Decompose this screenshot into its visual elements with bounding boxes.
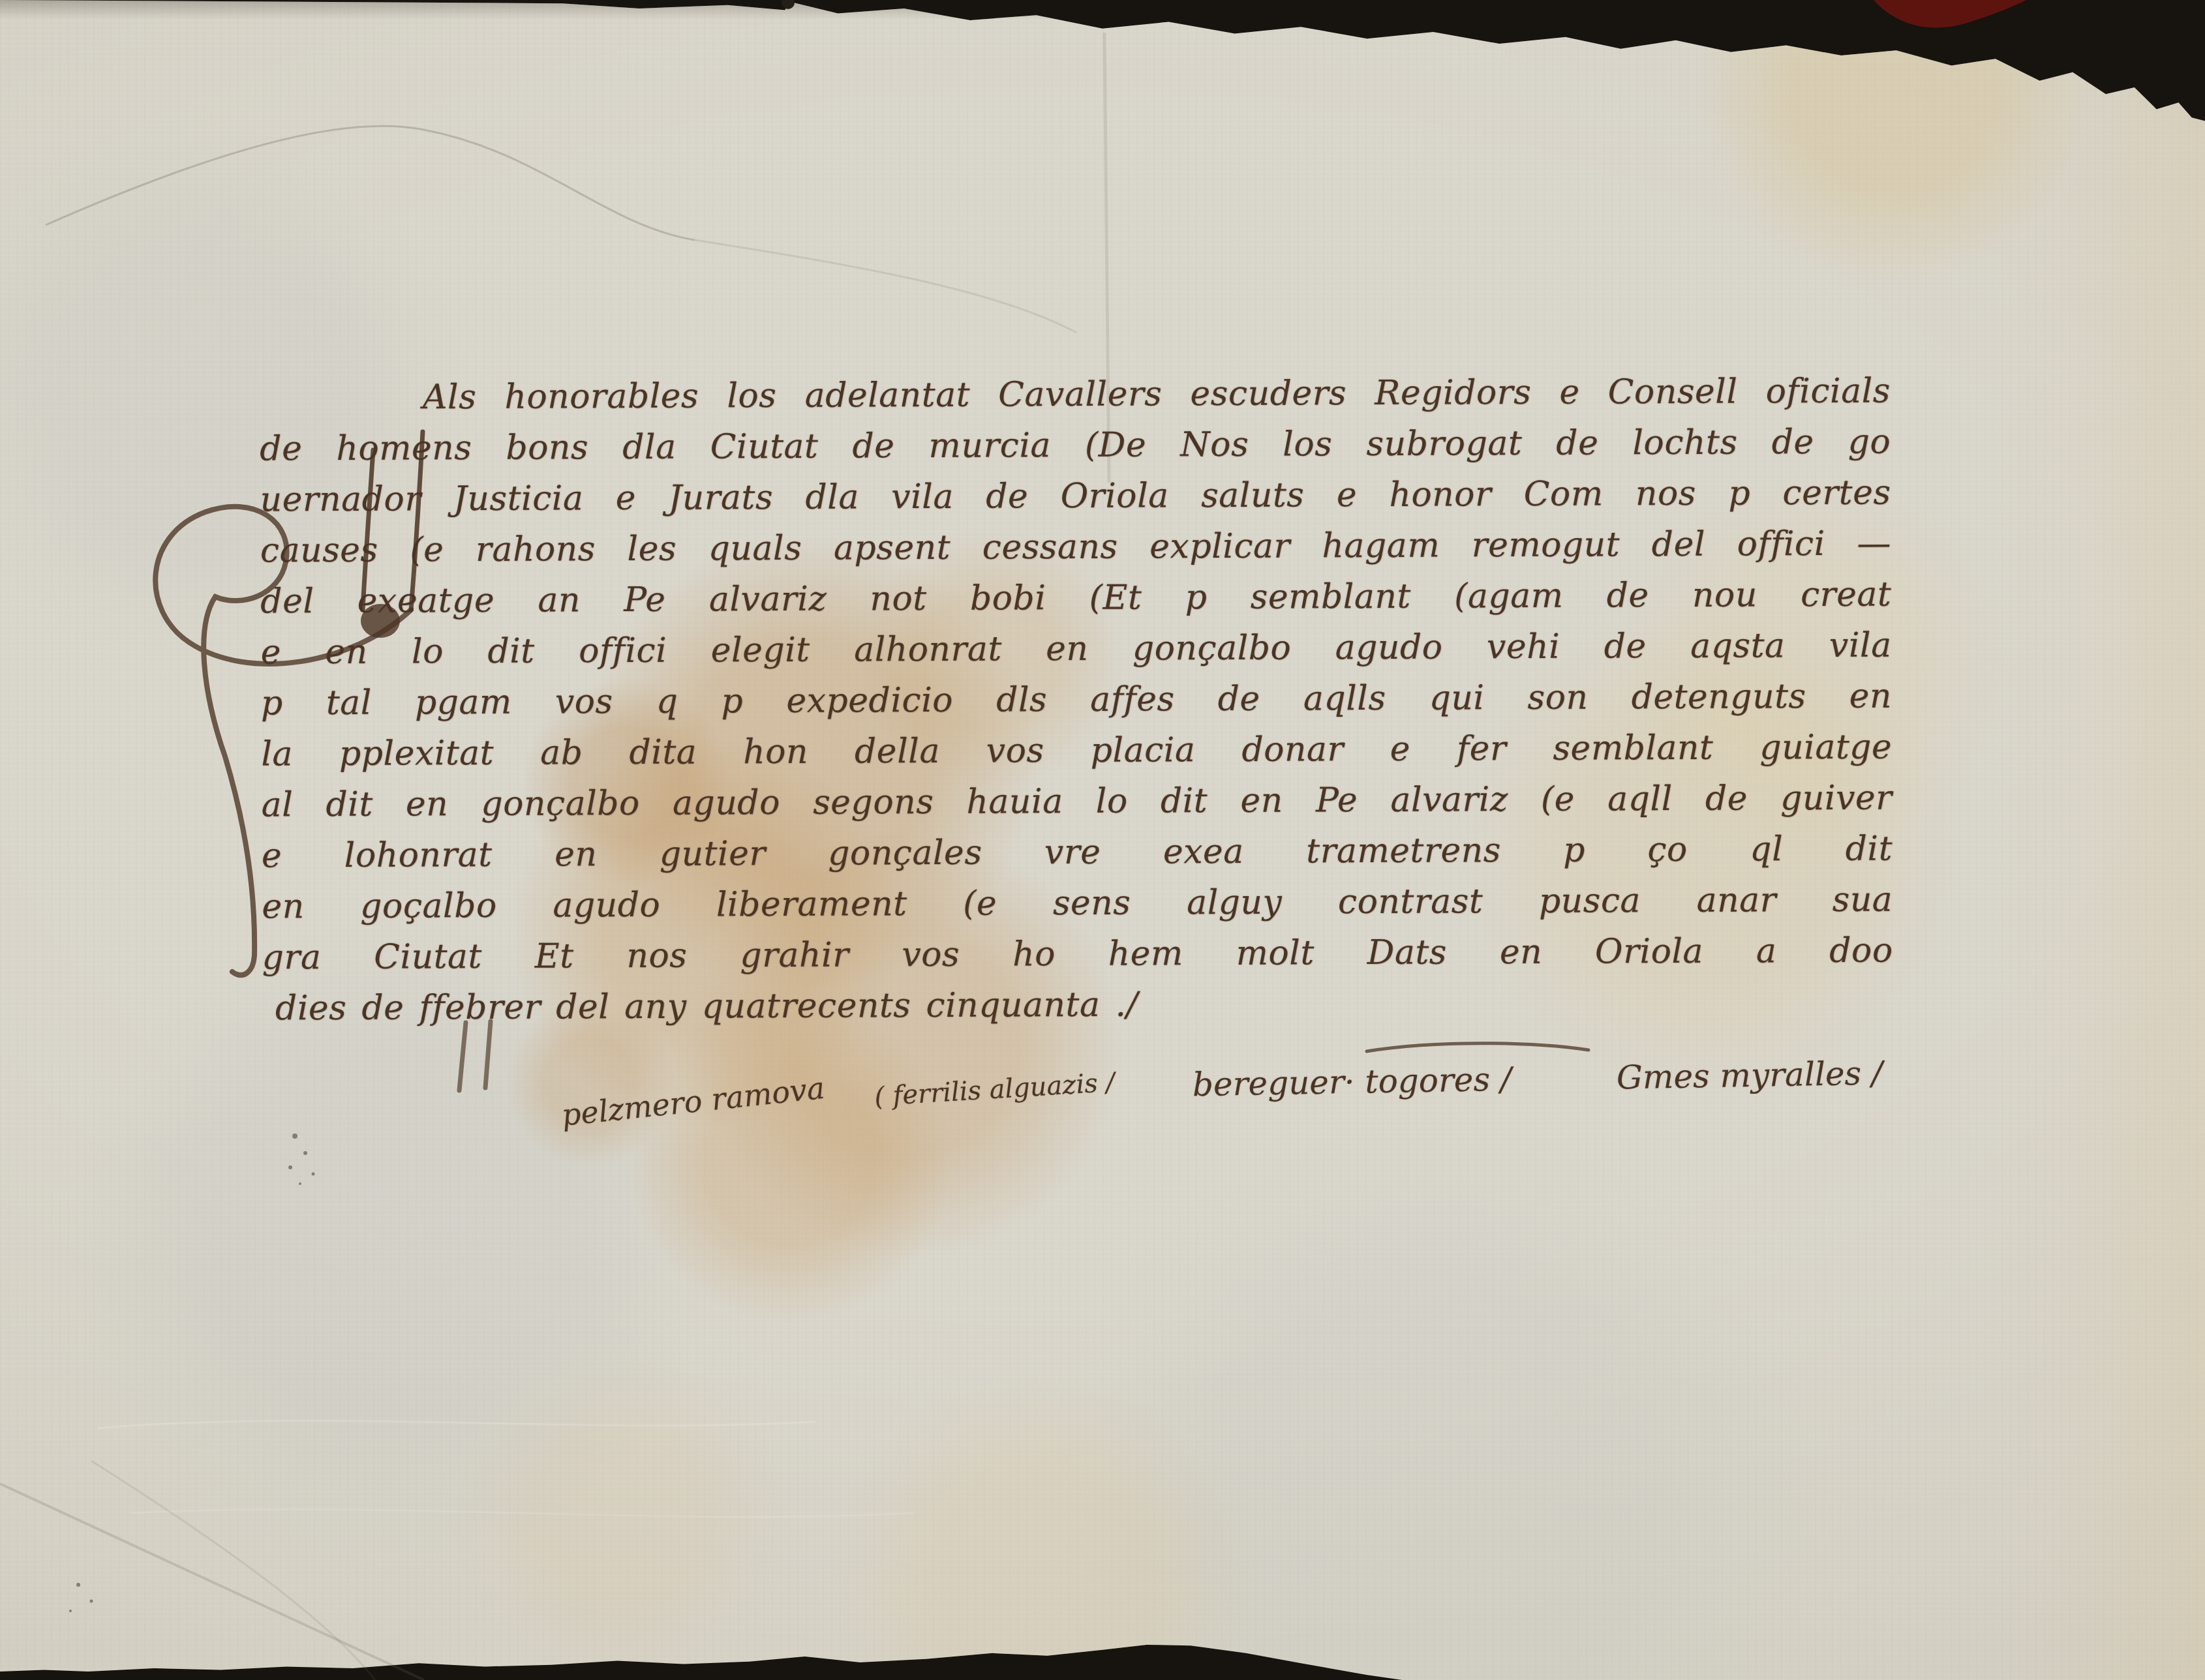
- signature-berenguer-togores: bereguer· togores /: [1193, 1060, 1512, 1104]
- signature-gmes-miralles: Gmes myralles /: [1617, 1054, 1883, 1096]
- manuscript-scan: Als honorables los adelantat Cavallers e…: [0, 0, 2205, 1680]
- text-block: Als honorables los adelantat Cavallers e…: [260, 372, 1893, 1040]
- manuscript-line-7: p tal pgam vos q p expedicio dls affes d…: [261, 677, 1892, 735]
- manuscript-line-3: uernador Justicia e Jurats dla vila de O…: [260, 473, 1891, 532]
- manuscript-line-5: del exeatge an Pe alvariz not bobi (Et p…: [260, 575, 1891, 633]
- manuscript-line-9: al dit en gonçalbo agudo segons hauia lo…: [262, 779, 1893, 837]
- manuscript-line-6: e en lo dit offici elegit alhonrat en go…: [261, 626, 1892, 684]
- manuscript-line-8: la pplexitat ab dita hon della vos placi…: [261, 728, 1892, 786]
- red-binding-mark: [1874, 0, 2026, 28]
- manuscript-line-11: en goçalbo agudo liberament (e sens algu…: [262, 880, 1893, 938]
- manuscript-line-4: causes (e rahons les quals apsent cessan…: [260, 524, 1891, 582]
- manuscript-line-10: e lohonrat en gutier gonçales vre exea t…: [262, 830, 1893, 888]
- manuscript-line-12: gra Ciutat Et nos grahir vos ho hem molt…: [262, 931, 1893, 989]
- manuscript-line-13: dies de ffebrer del any quatrecents cinq…: [262, 982, 1893, 1040]
- manuscript-line-1: Als honorables los adelantat Cavallers e…: [260, 372, 1891, 430]
- manuscript-line-2: de homens bons dla Ciutat de murcia (De …: [260, 423, 1891, 481]
